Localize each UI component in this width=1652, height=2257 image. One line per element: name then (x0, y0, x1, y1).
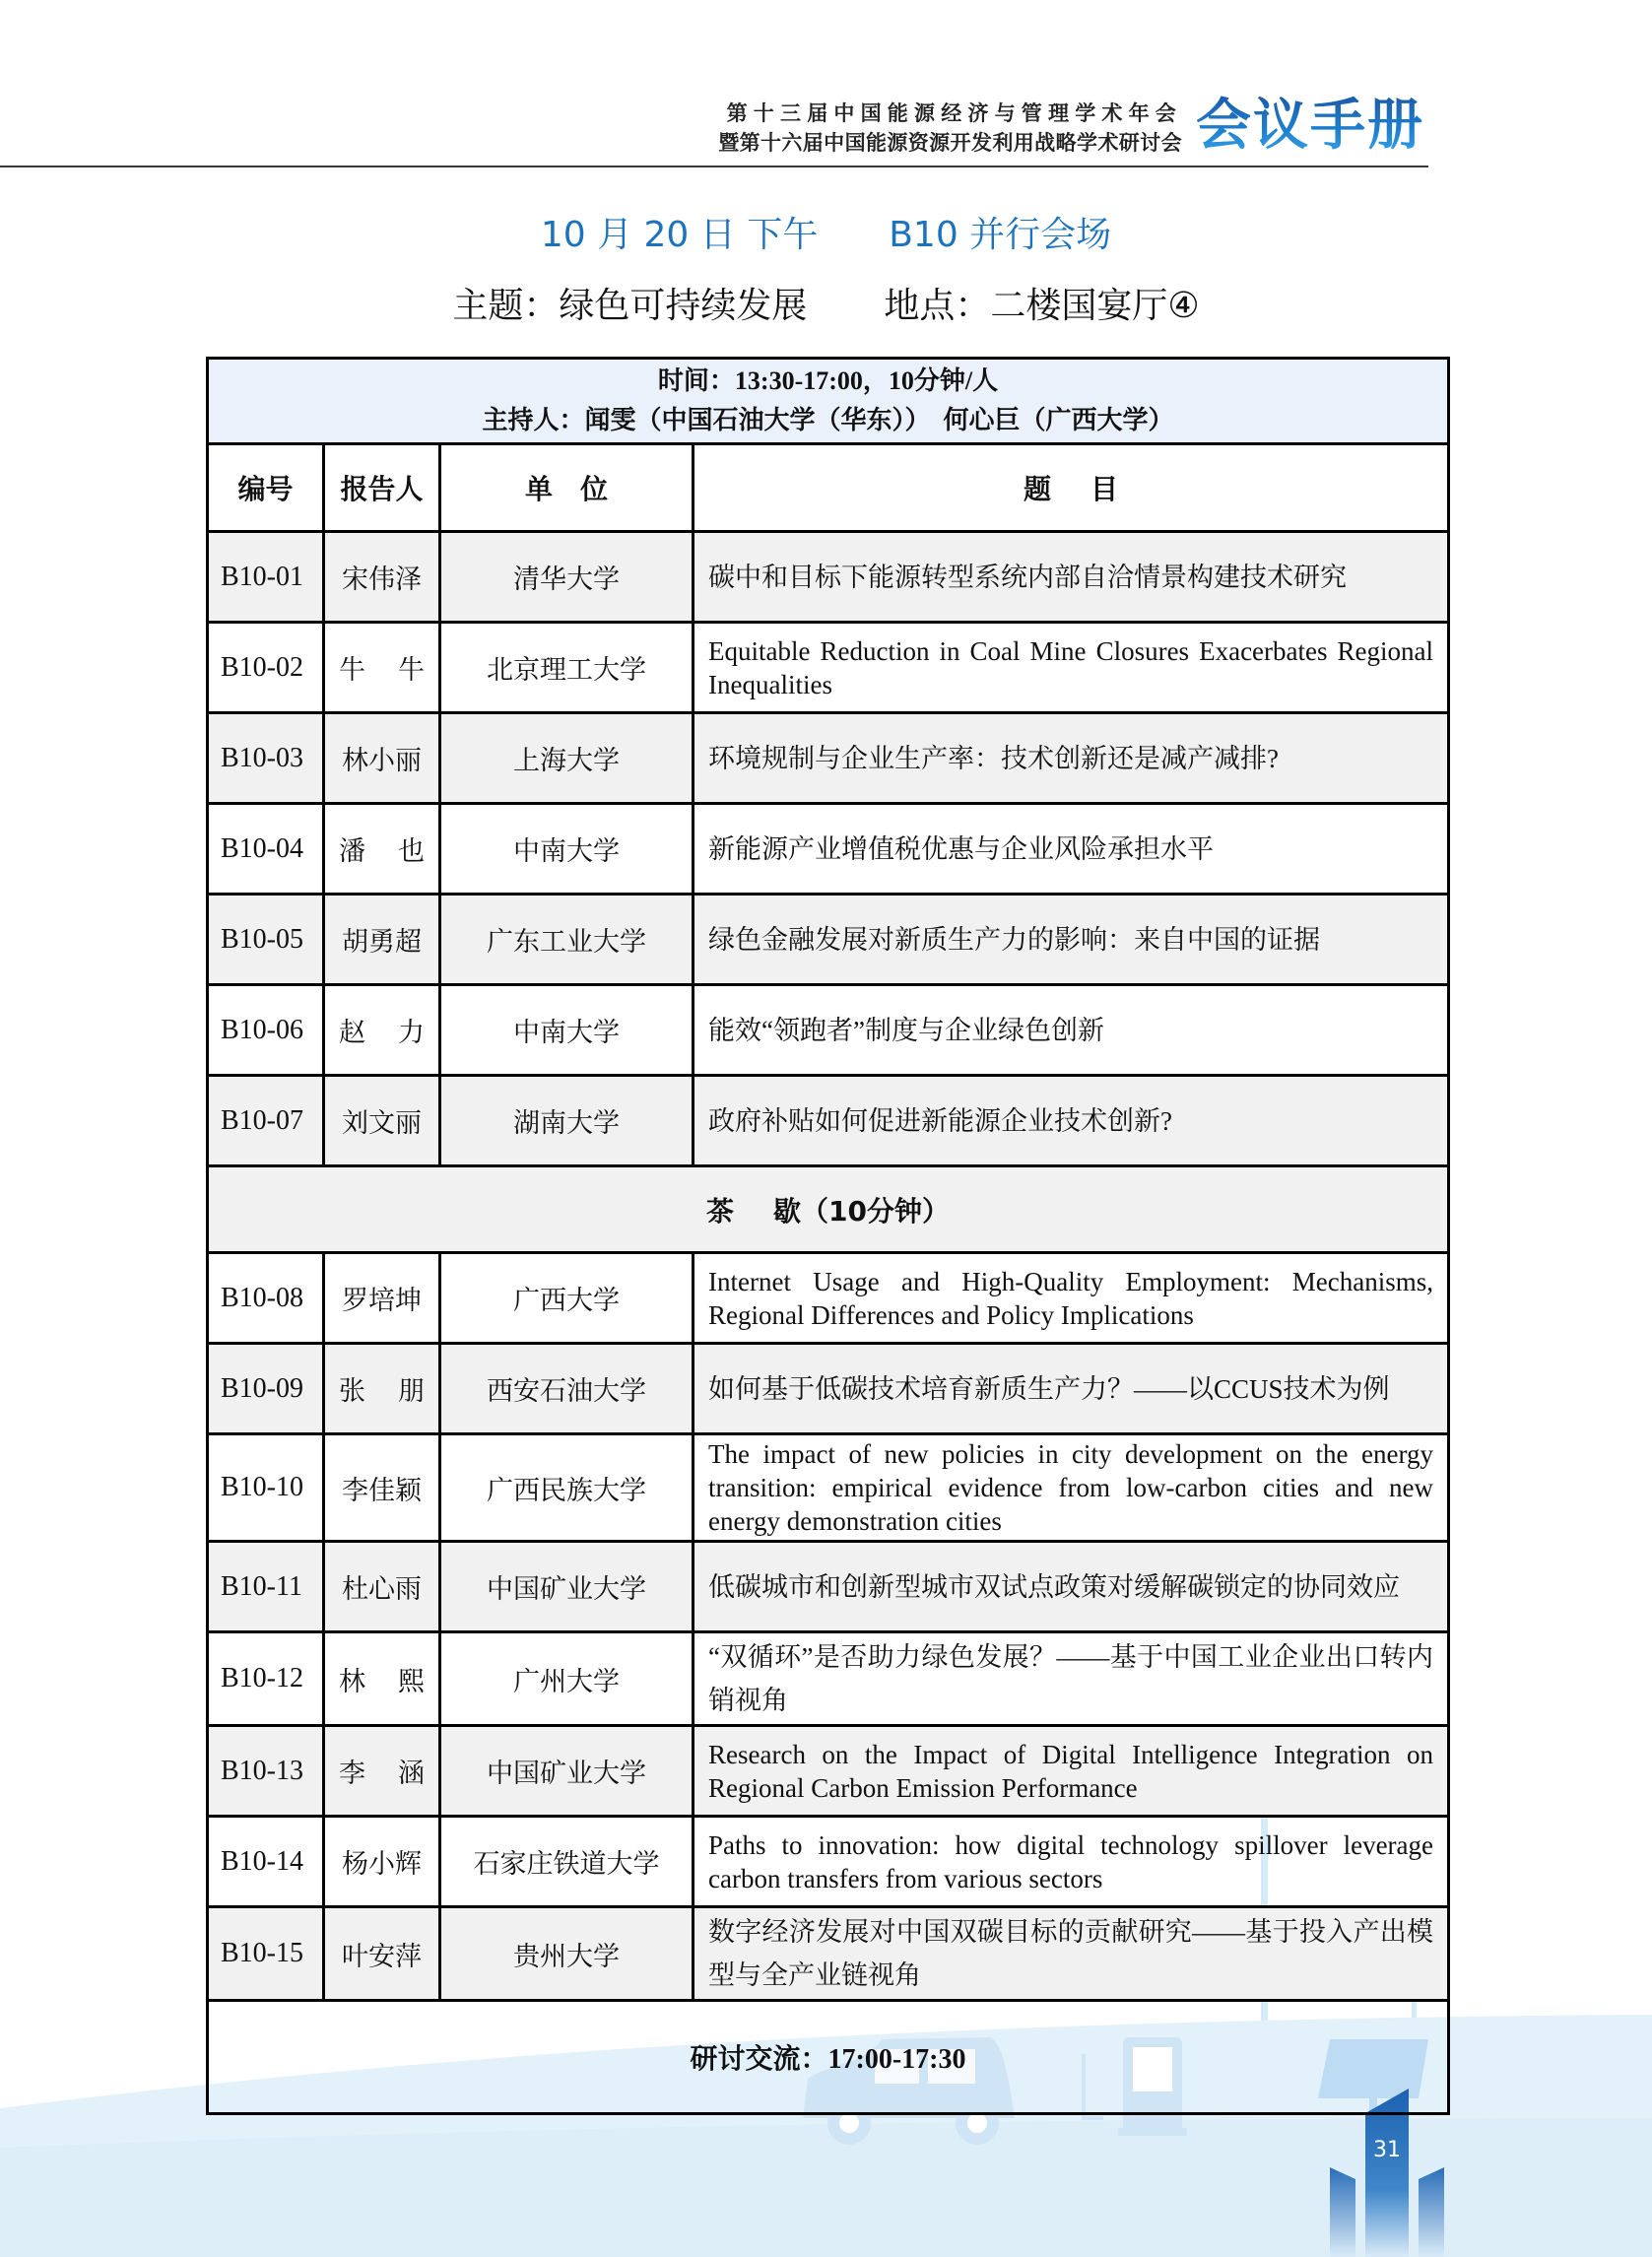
speaker-name: 胡勇超 (324, 895, 440, 985)
affiliation: 石家庄铁道大学 (440, 1817, 694, 1907)
report-title: 能效“领跑者”制度与企业绿色创新 (694, 985, 1449, 1076)
report-id: B10-03 (208, 713, 324, 804)
conference-name: 第十三届中国能源经济与管理学术年会 暨第十六届中国能源资源开发利用战略学术研讨会 (591, 99, 1182, 158)
speaker-name: 杜心雨 (324, 1542, 440, 1632)
table-row: B10-03林小丽上海大学环境规制与企业生产率：技术创新还是减产减排? (208, 713, 1449, 804)
report-title: 碳中和目标下能源转型系统内部自洽情景构建技术研究 (694, 532, 1449, 623)
report-id: B10-15 (208, 1907, 324, 2001)
report-id: B10-07 (208, 1076, 324, 1166)
column-header-title: 题目 (694, 444, 1449, 532)
report-id: B10-12 (208, 1632, 324, 1726)
affiliation: 湖南大学 (440, 1076, 694, 1166)
conference-name-line1: 第十三届中国能源经济与管理学术年会 (591, 99, 1182, 128)
table-row: B10-07刘文丽湖南大学政府补贴如何促进新能源企业技术创新? (208, 1076, 1449, 1166)
report-id: B10-02 (208, 623, 324, 713)
speaker-name: 赵力 (324, 985, 440, 1076)
affiliation: 广州大学 (440, 1632, 694, 1726)
report-id: B10-05 (208, 895, 324, 985)
closing-cell: 研讨交流：17:00-17:30 (208, 2001, 1449, 2114)
column-header-unit: 单 位 (440, 444, 694, 532)
report-title: Equitable Reduction in Coal Mine Closure… (694, 623, 1449, 713)
handbook-title: 会议手册 (1196, 95, 1424, 158)
column-header-id: 编号 (208, 444, 324, 532)
table-row: B10-12林熙广州大学“双循环”是否助力绿色发展？——基于中国工业企业出口转内… (208, 1632, 1449, 1726)
conference-name-line2: 暨第十六届中国能源资源开发利用战略学术研讨会 (591, 128, 1182, 158)
speaker-name: 林小丽 (324, 713, 440, 804)
report-title: Internet Usage and High-Quality Employme… (694, 1253, 1449, 1344)
session-info-cell: 时间：13:30-17:00，10分钟/人 主持人：闻雯（中国石油大学（华东））… (208, 359, 1449, 444)
table-row: B10-02牛牛北京理工大学Equitable Reduction in Coa… (208, 623, 1449, 713)
session-room-code: B10 并行会场 (889, 207, 1111, 257)
session-info-row: 时间：13:30-17:00，10分钟/人 主持人：闻雯（中国石油大学（华东））… (208, 359, 1449, 444)
affiliation: 上海大学 (440, 713, 694, 804)
affiliation: 广东工业大学 (440, 895, 694, 985)
report-title: 政府补贴如何促进新能源企业技术创新? (694, 1076, 1449, 1166)
affiliation: 清华大学 (440, 532, 694, 623)
affiliation: 广西大学 (440, 1253, 694, 1344)
agenda-table: 时间：13:30-17:00，10分钟/人 主持人：闻雯（中国石油大学（华东））… (206, 357, 1450, 2115)
report-title: Research on the Impact of Digital Intell… (694, 1726, 1449, 1817)
report-id: B10-01 (208, 532, 324, 623)
report-title: 环境规制与企业生产率：技术创新还是减产减排? (694, 713, 1449, 804)
report-title: 绿色金融发展对新质生产力的影响：来自中国的证据 (694, 895, 1449, 985)
table-row: B10-11杜心雨中国矿业大学低碳城市和创新型城市双试点政策对缓解碳锁定的协同效… (208, 1542, 1449, 1632)
speaker-name: 潘也 (324, 804, 440, 895)
report-id: B10-11 (208, 1542, 324, 1632)
session-time: 时间：13:30-17:00，10分钟/人 (209, 362, 1447, 401)
report-id: B10-09 (208, 1344, 324, 1434)
table-row: B10-04潘也中南大学新能源产业增值税优惠与企业风险承担水平 (208, 804, 1449, 895)
speaker-name: 林熙 (324, 1632, 440, 1726)
closing-row: 研讨交流：17:00-17:30 (208, 2001, 1449, 2114)
affiliation: 贵州大学 (440, 1907, 694, 2001)
report-title: 数字经济发展对中国双碳目标的贡献研究——基于投入产出模型与全产业链视角 (694, 1907, 1449, 2001)
report-id: B10-10 (208, 1434, 324, 1542)
report-id: B10-13 (208, 1726, 324, 1817)
speaker-name: 罗培坤 (324, 1253, 440, 1344)
session-theme: 主题：绿色可持续发展 (452, 286, 807, 326)
table-row: B10-10李佳颖广西民族大学The impact of new policie… (208, 1434, 1449, 1542)
report-id: B10-06 (208, 985, 324, 1076)
speaker-name: 刘文丽 (324, 1076, 440, 1166)
session-theme-location: 主题：绿色可持续发展地点：二楼国宴厅④ (0, 278, 1652, 328)
speaker-name: 杨小辉 (324, 1817, 440, 1907)
report-title: 新能源产业增值税优惠与企业风险承担水平 (694, 804, 1449, 895)
speaker-name: 李涵 (324, 1726, 440, 1817)
table-row: B10-13李涵中国矿业大学Research on the Impact of … (208, 1726, 1449, 1817)
tea-break-cell: 茶歇（10分钟） (208, 1166, 1449, 1253)
column-header-speaker: 报告人 (324, 444, 440, 532)
speaker-name: 李佳颖 (324, 1434, 440, 1542)
session-hosts: 主持人：闻雯（中国石油大学（华东）） 何心巨（广西大学） (209, 401, 1447, 440)
report-id: B10-08 (208, 1253, 324, 1344)
table-row: B10-05胡勇超广东工业大学绿色金融发展对新质生产力的影响：来自中国的证据 (208, 895, 1449, 985)
table-row: B10-06赵力中南大学能效“领跑者”制度与企业绿色创新 (208, 985, 1449, 1076)
affiliation: 北京理工大学 (440, 623, 694, 713)
report-title: “双循环”是否助力绿色发展？——基于中国工业企业出口转内销视角 (694, 1632, 1449, 1726)
affiliation: 广西民族大学 (440, 1434, 694, 1542)
page-number: 31 (1363, 2138, 1411, 2162)
affiliation: 中南大学 (440, 985, 694, 1076)
affiliation: 中南大学 (440, 804, 694, 895)
column-header-row: 编号 报告人 单 位 题目 (208, 444, 1449, 532)
report-title: 如何基于低碳技术培育新质生产力？——以CCUS技术为例 (694, 1344, 1449, 1434)
affiliation: 中国矿业大学 (440, 1542, 694, 1632)
table-row: B10-01宋伟泽清华大学碳中和目标下能源转型系统内部自洽情景构建技术研究 (208, 532, 1449, 623)
report-title: 低碳城市和创新型城市双试点政策对缓解碳锁定的协同效应 (694, 1542, 1449, 1632)
speaker-name: 叶安萍 (324, 1907, 440, 2001)
speaker-name: 宋伟泽 (324, 532, 440, 623)
report-title: The impact of new policies in city devel… (694, 1434, 1449, 1542)
report-id: B10-04 (208, 804, 324, 895)
header-divider (0, 166, 1428, 167)
speaker-name: 牛牛 (324, 623, 440, 713)
session-date: 10 月 20 日 下午 (541, 207, 818, 257)
affiliation: 中国矿业大学 (440, 1726, 694, 1817)
session-heading: 10 月 20 日 下午B10 并行会场 (0, 207, 1652, 257)
table-row: B10-09张朋西安石油大学如何基于低碳技术培育新质生产力？——以CCUS技术为… (208, 1344, 1449, 1434)
affiliation: 西安石油大学 (440, 1344, 694, 1434)
table-row: B10-08罗培坤广西大学Internet Usage and High-Qua… (208, 1253, 1449, 1344)
table-row: B10-15叶安萍贵州大学数字经济发展对中国双碳目标的贡献研究——基于投入产出模… (208, 1907, 1449, 2001)
table-row: B10-14杨小辉石家庄铁道大学Paths to innovation: how… (208, 1817, 1449, 1907)
tea-break-row: 茶歇（10分钟） (208, 1166, 1449, 1253)
session-location: 地点：二楼国宴厅④ (884, 286, 1199, 326)
report-id: B10-14 (208, 1817, 324, 1907)
report-title: Paths to innovation: how digital technol… (694, 1817, 1449, 1907)
speaker-name: 张朋 (324, 1344, 440, 1434)
